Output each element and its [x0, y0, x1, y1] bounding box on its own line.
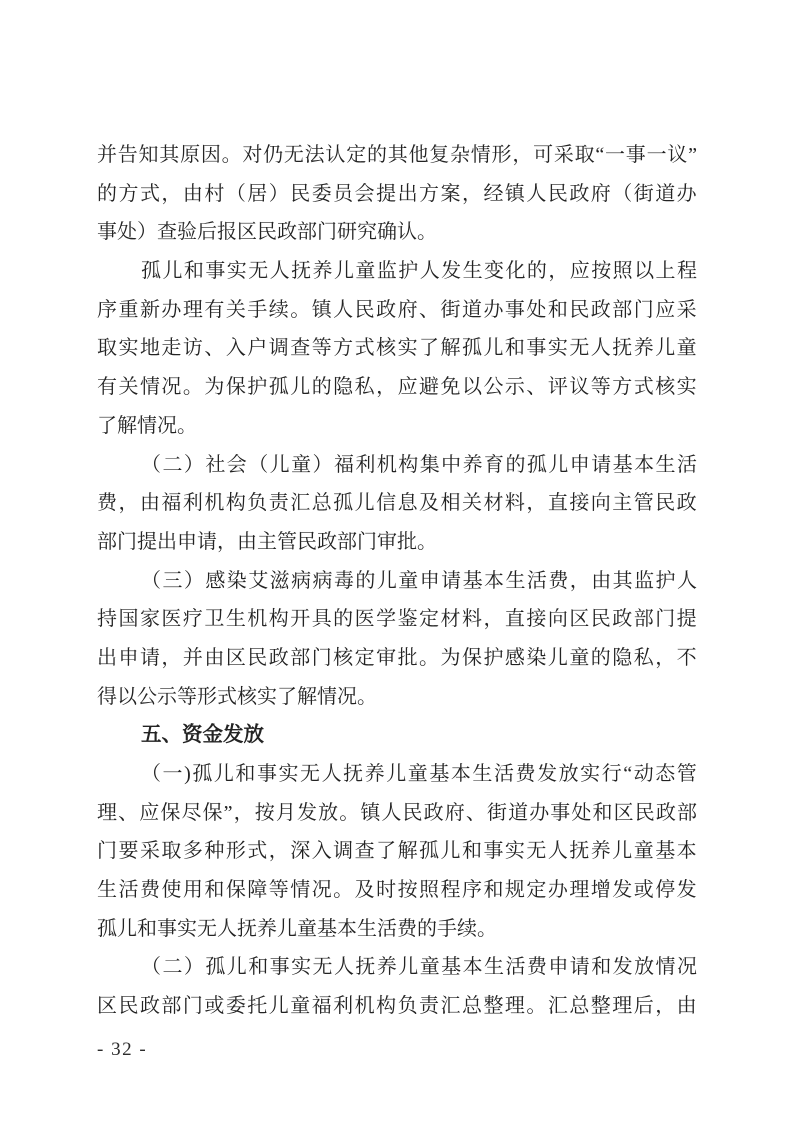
text-line: 序重新办理有关手续。镇人民政府、街道办事处和民政部门应采	[97, 291, 697, 330]
document-body: 并告知其原因。对仍无法认定的其他复杂情形，可采取“一事一议”的方式，由村（居）民…	[97, 136, 697, 1026]
text-line: （二）社会（儿童）福利机构集中养育的孤儿申请基本生活	[97, 446, 697, 485]
text-line: 理、应保尽保”，按月发放。镇人民政府、街道办事处和区民政部	[97, 794, 697, 833]
text-line: 事处）查验后报区民政部门研究确认。	[97, 213, 697, 252]
text-line: 生活费使用和保障等情况。及时按照程序和规定办理增发或停发	[97, 871, 697, 910]
page-number: - 32 -	[97, 1038, 147, 1062]
text-line: 了解情况。	[97, 407, 697, 446]
text-line: 出申请，并由区民政部门核定审批。为保护感染儿童的隐私，不	[97, 639, 697, 678]
text-line: 得以公示等形式核实了解情况。	[97, 678, 697, 717]
text-line: 孤儿和事实无人抚养儿童基本生活费的手续。	[97, 910, 697, 949]
text-line: （二）孤儿和事实无人抚养儿童基本生活费申请和发放情况	[97, 948, 697, 987]
text-line: 有关情况。为保护孤儿的隐私，应避免以公示、评议等方式核实	[97, 368, 697, 407]
text-line: （三）感染艾滋病病毒的儿童申请基本生活费，由其监护人	[97, 562, 697, 601]
text-line: 并告知其原因。对仍无法认定的其他复杂情形，可采取“一事一议”	[97, 136, 697, 175]
text-line: 区民政部门或委托儿童福利机构负责汇总整理。汇总整理后，由	[97, 987, 697, 1026]
section-heading: 五、资金发放	[97, 716, 697, 755]
text-line: 的方式，由村（居）民委员会提出方案，经镇人民政府（街道办	[97, 175, 697, 214]
text-line: 孤儿和事实无人抚养儿童监护人发生变化的，应按照以上程	[97, 252, 697, 291]
text-line: （一)孤儿和事实无人抚养儿童基本生活费发放实行“动态管	[97, 755, 697, 794]
text-line: 门要采取多种形式，深入调查了解孤儿和事实无人抚养儿童基本	[97, 832, 697, 871]
text-line: 费，由福利机构负责汇总孤儿信息及相关材料，直接向主管民政	[97, 484, 697, 523]
text-line: 取实地走访、入户调查等方式核实了解孤儿和事实无人抚养儿童	[97, 329, 697, 368]
document-page: 并告知其原因。对仍无法认定的其他复杂情形，可采取“一事一议”的方式，由村（居）民…	[0, 0, 793, 1122]
text-line: 部门提出申请，由主管民政部门审批。	[97, 523, 697, 562]
text-line: 持国家医疗卫生机构开具的医学鉴定材料，直接向区民政部门提	[97, 600, 697, 639]
